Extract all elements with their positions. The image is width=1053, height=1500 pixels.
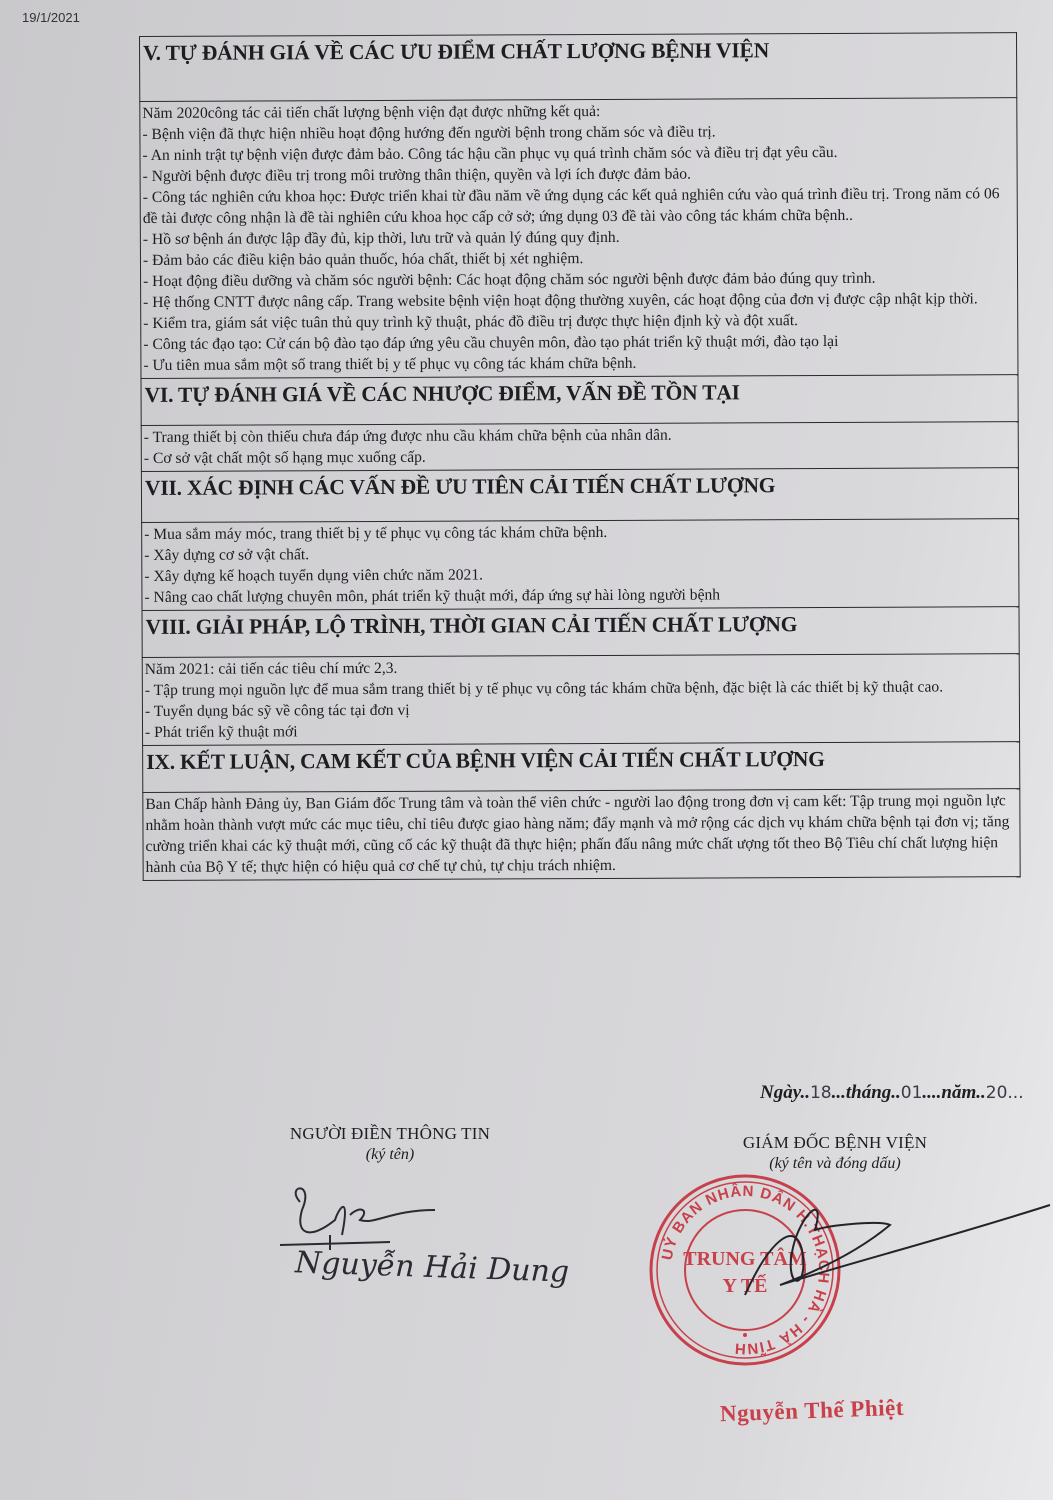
section-vi-content: - Trang thiết bị còn thiếu chưa đáp ứng … [141,422,1018,472]
content-line: - Ưu tiên mua sắm một số trang thiết bị … [143,351,1015,376]
section-v-title: V. TỰ ĐÁNH GIÁ VỀ CÁC ƯU ĐIỂM CHẤT LƯỢNG… [140,33,1017,102]
section-viii-content: Năm 2021: cải tiến các tiêu chí mức 2,3.… [142,654,1019,746]
day-value: 18 [810,1083,832,1103]
section-viii-title: VIII. GIẢI PHÁP, LỘ TRÌNH, THỜI GIAN CẢI… [142,607,1019,658]
report-table: V. TỰ ĐÁNH GIÁ VỀ CÁC ƯU ĐIỂM CHẤT LƯỢNG… [139,32,1021,881]
month-label: tháng [846,1082,891,1103]
director-signature-block: GIÁM ĐỐC BỆNH VIỆN (ký tên và đóng dấu) [715,1133,955,1173]
section-v-body: Năm 2020công tác cải tiến chất lượng bện… [140,98,1018,379]
section-vii-content: - Mua sắm máy móc, trang thiết bị y tế p… [142,519,1019,611]
director-title: GIÁM ĐỐC BỆNH VIỆN [715,1133,955,1153]
day-label: Ngày [760,1082,800,1103]
section-ix-body: Ban Chấp hành Đảng ủy, Ban Giám đốc Trun… [143,789,1020,881]
print-date: 19/1/2021 [22,10,80,25]
director-printed-name: Nguyễn Thế Phiệt [720,1395,905,1427]
content-line: - Tập trung mọi nguồn lực để mua sắm tra… [145,676,1017,701]
preparer-signature-block: NGƯỜI ĐIỀN THÔNG TIN (ký tên) [255,1124,525,1164]
section-v-header: V. TỰ ĐÁNH GIÁ VỀ CÁC ƯU ĐIỂM CHẤT LƯỢNG… [140,33,1017,102]
section-vii-title: VII. XÁC ĐỊNH CÁC VẤN ĐỀ ƯU TIÊN CẢI TIẾ… [141,468,1018,523]
content-line: - Nâng cao chất lượng chuyên môn, phát t… [144,583,1016,608]
year-label: năm [941,1082,976,1103]
preparer-handwritten-name: Nguyễn Hải Dung [294,1245,569,1290]
month-value: 01 [901,1083,923,1103]
section-ix-header: IX. KẾT LUẬN, CAM KẾT CỦA BỆNH VIỆN CẢI … [143,742,1020,793]
content-line: - Phát triển kỹ thuật mới [145,718,1017,743]
content-line: - Hệ thống CNTT được nâng cấp. Trang web… [143,288,1015,313]
year-value: 20... [986,1083,1024,1103]
section-vi-title: VI. TỰ ĐÁNH GIÁ VỀ CÁC NHƯỢC ĐIỂM, VẤN Đ… [141,375,1018,426]
director-signature-stroke-icon [740,1200,1053,1320]
section-v-content: Năm 2020công tác cải tiến chất lượng bện… [140,98,1018,379]
preparer-title: NGƯỜI ĐIỀN THÔNG TIN [255,1124,525,1144]
section-viii-header: VIII. GIẢI PHÁP, LỘ TRÌNH, THỜI GIAN CẢI… [142,607,1019,658]
signing-date: Ngày..18...tháng..01....năm..20... [760,1082,1024,1104]
section-vii-header: VII. XÁC ĐỊNH CÁC VẤN ĐỀ ƯU TIÊN CẢI TIẾ… [141,468,1018,523]
section-vi-body: - Trang thiết bị còn thiếu chưa đáp ứng … [141,422,1018,472]
content-line: Ban Chấp hành Đảng ủy, Ban Giám đốc Trun… [145,790,1017,878]
content-line: - Công tác nghiên cứu khoa học: Được tri… [143,183,1015,229]
preparer-note: (ký tên) [255,1146,525,1164]
section-vi-header: VI. TỰ ĐÁNH GIÁ VỀ CÁC NHƯỢC ĐIỂM, VẤN Đ… [141,375,1018,426]
section-vii-body: - Mua sắm máy móc, trang thiết bị y tế p… [142,519,1019,611]
section-ix-title: IX. KẾT LUẬN, CAM KẾT CỦA BỆNH VIỆN CẢI … [143,742,1020,793]
content-line: - Cơ sở vật chất một số hạng mục xuống c… [144,444,1016,469]
section-ix-content: Ban Chấp hành Đảng ủy, Ban Giám đốc Trun… [143,789,1020,881]
section-viii-body: Năm 2021: cải tiến các tiêu chí mức 2,3.… [142,654,1019,746]
